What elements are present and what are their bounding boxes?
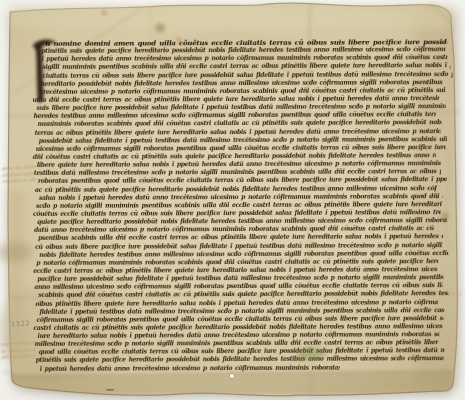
- surface-marks: [0, 0, 465, 400]
- seal-tag-hole: [230, 374, 235, 379]
- plica-slit: [106, 389, 114, 391]
- manuscript-photo: n nomine domini amen quod uilla cõuẽtus …: [0, 0, 465, 400]
- green-stain-streak: [292, 355, 308, 361]
